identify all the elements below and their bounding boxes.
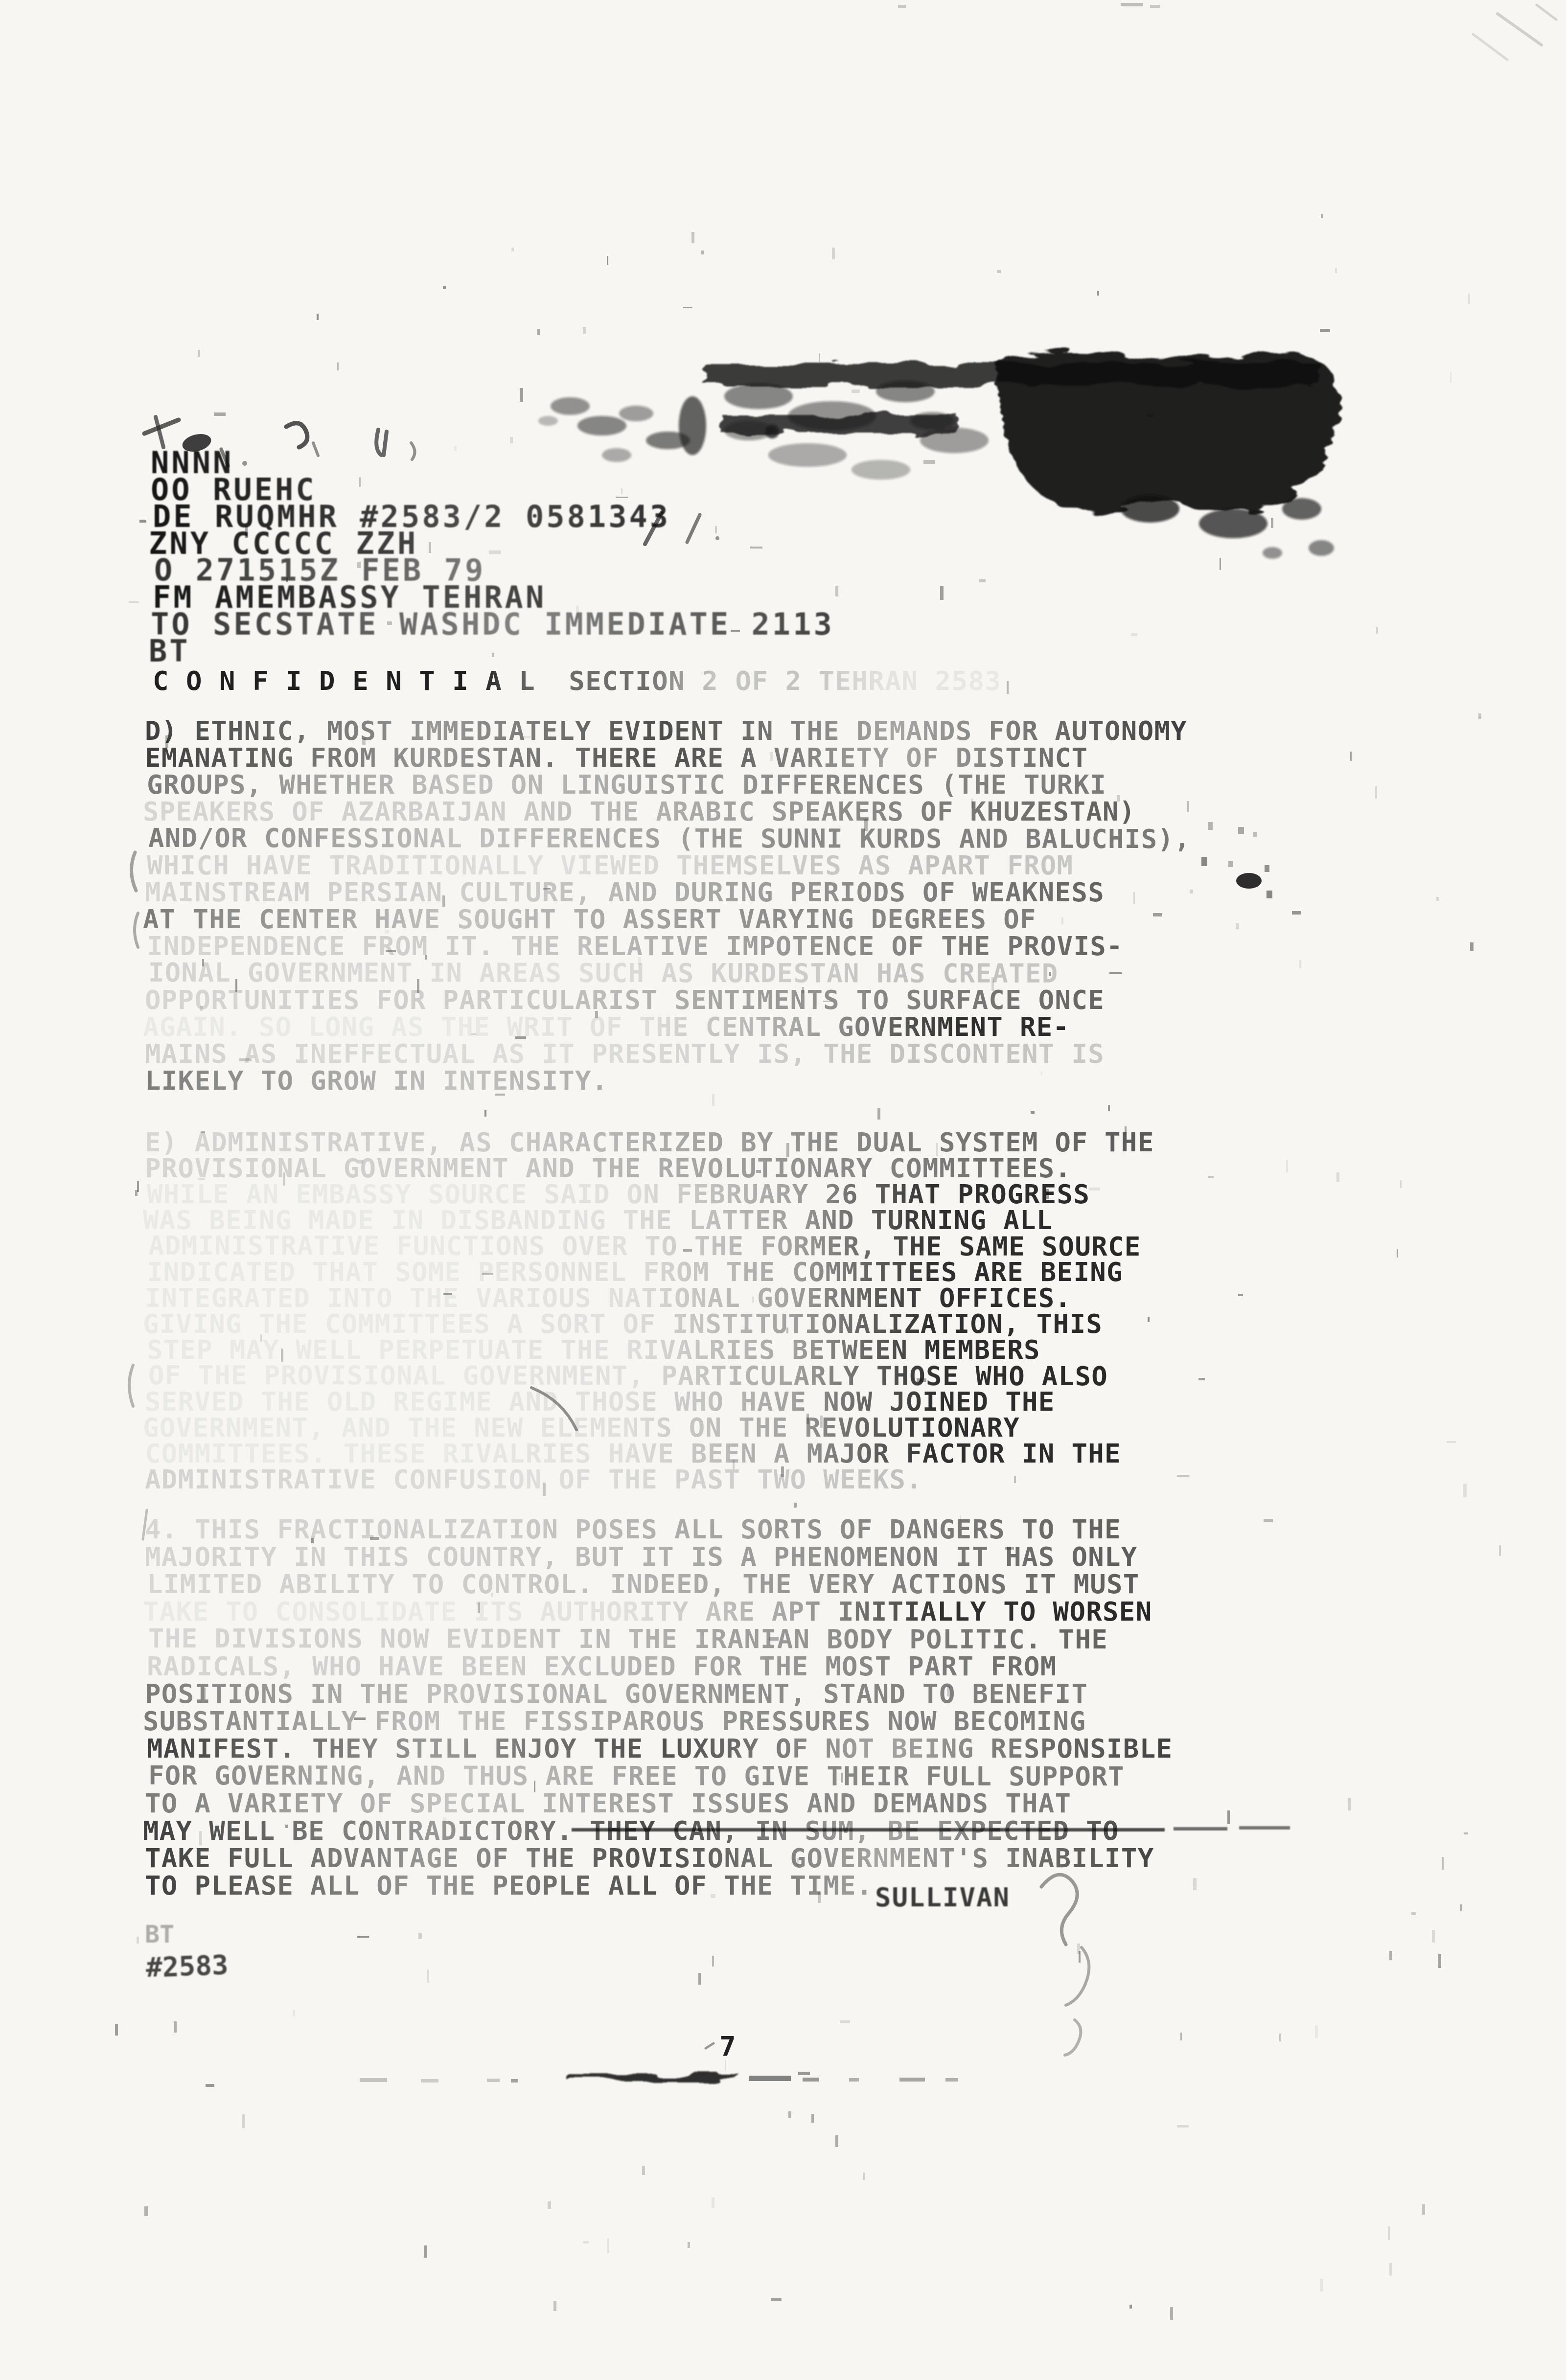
cable-text-line: FOR GOVERNING, AND THUS ARE FREE TO GIVE… <box>148 1762 1174 1790</box>
cable-text-line: THE DIVISIONS NOW EVIDENT IN THE IRANIAN… <box>148 1625 1174 1653</box>
bottom-smudge-line <box>360 2074 958 2082</box>
cable-text-line: 4. THIS FRACTIONALIZATION POSES ALL SORT… <box>145 1516 1171 1543</box>
cable-text-line: OPPORTUNITIES FOR PARTICULARIST SENTIMEN… <box>145 986 1187 1013</box>
cable-text-line: COMMITTEES. THESE RIVALRIES HAVE BEEN A … <box>145 1441 1154 1466</box>
cable-text-line: ADMINISTRATIVE FUNCTIONS OVER TO THE FOR… <box>148 1233 1158 1259</box>
scanned-cable-document: NNNNOO RUEHCDE RUQMHR #2583/2 0581343ZNY… <box>0 0 1566 2380</box>
paragraph-e-administrative: E) ADMINISTRATIVE, AS CHARACTERIZED BY T… <box>145 1129 1154 1492</box>
cable-text-line: AGAIN. SO LONG AS THE WRIT OF THE CENTRA… <box>143 1013 1185 1040</box>
cable-text-line: MAJORITY IN THIS COUNTRY, BUT IT IS A PH… <box>145 1543 1171 1571</box>
cable-text-line: PROVISIONAL GOVERNMENT AND THE REVOLUTIO… <box>145 1155 1154 1181</box>
cable-text-line: D) ETHNIC, MOST IMMEDIATELY EVIDENT IN T… <box>145 717 1187 744</box>
cable-text-line: TO A VARIETY OF SPECIAL INTEREST ISSUES … <box>145 1790 1171 1817</box>
footer-bt: BT <box>145 1920 174 1948</box>
cable-text-line: WAS BEING MADE IN DISBANDING THE LATTER … <box>143 1207 1152 1233</box>
cable-text-line: LIKELY TO GROW IN INTENSITY. <box>145 1067 1187 1094</box>
cable-text-line: INTEGRATED INTO THE VARIOUS NATIONAL GOV… <box>145 1285 1154 1311</box>
cable-text-line: TO PLEASE ALL OF THE PEOPLE ALL OF THE T… <box>145 1872 1171 1899</box>
cable-text-line: WHILE AN EMBASSY SOURCE SAID ON FEBRUARY… <box>147 1181 1156 1207</box>
cable-text-line: AT THE CENTER HAVE SOUGHT TO ASSERT VARY… <box>143 906 1185 933</box>
cable-text-line: INDEPENDENCE FROM IT. THE RELATIVE IMPOT… <box>147 933 1189 960</box>
cable-text-line: TAKE FULL ADVANTAGE OF THE PROVISIONAL G… <box>145 1845 1171 1872</box>
cable-text-line: INDICATED THAT SOME PERSONNEL FROM THE C… <box>147 1259 1156 1285</box>
signature-scribble <box>1041 1875 1089 2055</box>
cable-text-line: WHICH HAVE TRADITIONALLY VIEWED THEMSELV… <box>147 852 1189 879</box>
page-number: 7 <box>719 2031 736 2062</box>
cable-text-line: SPEAKERS OF AZARBAIJAN AND THE ARABIC SP… <box>143 798 1185 825</box>
classification-line: C O N F I D E N T I A L SECTION 2 OF 2 T… <box>153 665 1002 696</box>
cable-text-line: E) ADMINISTRATIVE, AS CHARACTERIZED BY T… <box>145 1129 1154 1155</box>
cable-text-line: BT <box>149 638 832 664</box>
footer-cable-number: #2583 <box>145 1949 229 1984</box>
cable-text-line: POSITIONS IN THE PROVISIONAL GOVERNMENT,… <box>145 1680 1171 1708</box>
cable-text-line: MANIFEST. THEY STILL ENJOY THE LUXURY OF… <box>147 1735 1173 1762</box>
cable-text-line: TO SECSTATE WASHDC IMMEDIATE 2113 <box>151 611 834 638</box>
cable-text-line: SERVED THE OLD REGIME AND THOSE WHO HAVE… <box>145 1389 1154 1415</box>
strike-dash <box>1239 1826 1290 1830</box>
cable-text-line: SUBSTANTIALLY FROM THE FISSIPAROUS PRESS… <box>143 1708 1169 1735</box>
cable-text-line: MAINS AS INEFFECTUAL AS IT PRESENTLY IS,… <box>145 1040 1187 1067</box>
cable-text-line: EMANATING FROM KURDESTAN. THERE ARE A VA… <box>145 744 1187 771</box>
telex-routing-header: NNNNOO RUEHCDE RUQMHR #2583/2 0581343ZNY… <box>151 449 834 664</box>
cable-text-line: GIVING THE COMMITTEES A SORT OF INSTITUT… <box>143 1311 1152 1337</box>
cable-text-line: ADMINISTRATIVE CONFUSION OF THE PAST TWO… <box>145 1466 1154 1492</box>
cable-text-line: IONAL GOVERNMENT IN AREAS SUCH AS KURDES… <box>148 959 1191 987</box>
cable-text-line: LIMITED ABILITY TO CONTROL. INDEED, THE … <box>147 1571 1173 1598</box>
cable-text-line: STEP MAY WELL PERPETUATE THE RIVALRIES B… <box>147 1337 1156 1363</box>
cable-text-line: TAKE TO CONSOLIDATE ITS AUTHORITY ARE AP… <box>143 1598 1169 1625</box>
cable-text-line: OF THE PROVISIONAL GOVERNMENT, PARTICULA… <box>148 1362 1158 1389</box>
paragraph-4-fragmentation: 4. THIS FRACTIONALIZATION POSES ALL SORT… <box>145 1516 1171 1899</box>
cable-text-line: GROUPS, WHETHER BASED ON LINGUISTIC DIFF… <box>147 771 1189 798</box>
cable-text-line: RADICALS, WHO HAVE BEEN EXCLUDED FOR THE… <box>147 1653 1173 1680</box>
paragraph-d-ethnic: D) ETHNIC, MOST IMMEDIATELY EVIDENT IN T… <box>145 717 1187 1094</box>
cable-text-line: GOVERNMENT, AND THE NEW ELEMENTS ON THE … <box>143 1415 1152 1441</box>
strike-dash <box>1174 1827 1227 1831</box>
cable-text-line: MAINSTREAM PERSIAN CULTURE, AND DURING P… <box>145 879 1187 906</box>
strikethrough-mark <box>572 1828 1165 1831</box>
signature-sullivan: SULLIVAN <box>875 1882 1010 1913</box>
cable-text-line: AND/OR CONFESSIONAL DIFFERENCES (THE SUN… <box>148 824 1191 852</box>
